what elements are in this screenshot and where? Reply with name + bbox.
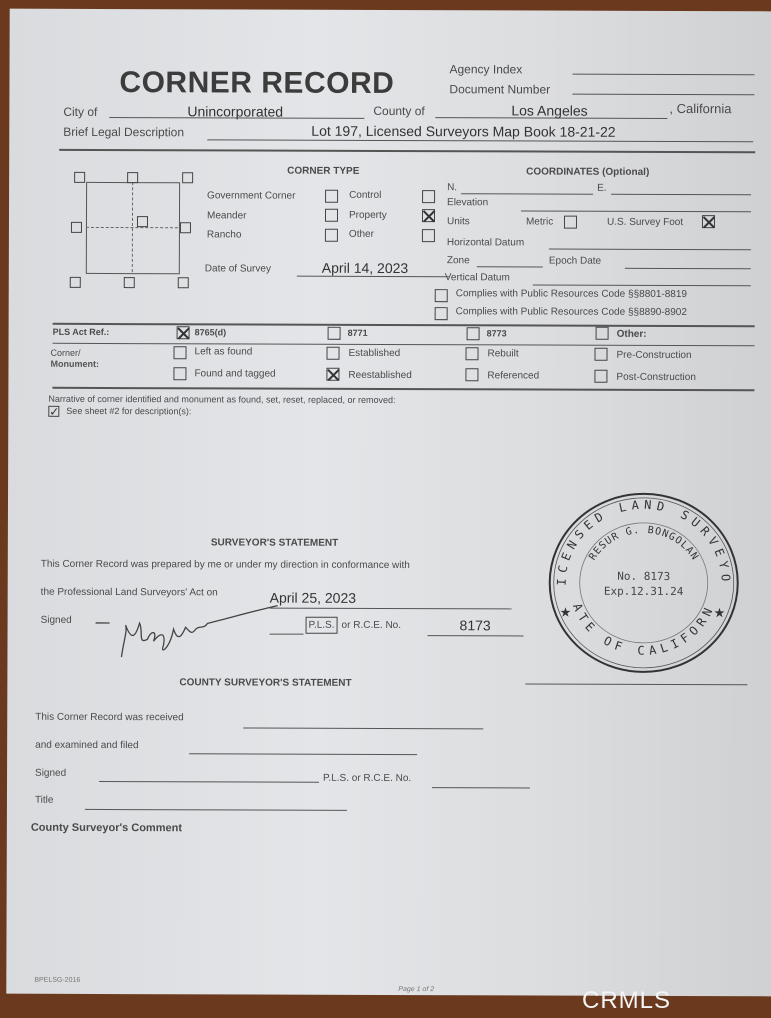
reestablished-checkbox[interactable] (326, 368, 339, 381)
agency-index-field[interactable] (572, 74, 754, 76)
pls-8773-label: 8773 (487, 328, 507, 338)
legal-description-value: Lot 197, Licensed Surveyors Map Book 18-… (311, 123, 615, 140)
county-license-field[interactable] (432, 787, 530, 788)
established-label: Established (349, 348, 401, 359)
vertical-datum-label: Vertical Datum (445, 272, 510, 283)
rebuilt-label: Rebuilt (488, 348, 519, 359)
reestablished-label: Reestablished (348, 370, 411, 381)
county-value: Los Angeles (511, 102, 587, 118)
licensed-surveyor-seal: LICENSED LAND SURVEYOR STATE OF CALIFORN… (545, 489, 742, 678)
filed-label: and examined and filed (35, 740, 138, 751)
see-sheet-checkbox[interactable]: ✓ (48, 406, 59, 417)
horizontal-datum-label: Horizontal Datum (447, 237, 524, 248)
pls-8765d-label: 8765(d) (195, 327, 227, 337)
corner-s-checkbox[interactable] (124, 277, 135, 288)
corner-type-heading: CORNER TYPE (287, 166, 359, 177)
pls-act-label: PLS Act Ref.: (53, 327, 110, 337)
control-checkbox[interactable] (422, 190, 435, 203)
date-of-survey-label: Date of Survey (205, 263, 271, 274)
surveyor-statement-line2: the Professional Land Surveyors' Act on (41, 587, 218, 599)
pls-other-label: Other: (617, 329, 647, 340)
statement-date-field[interactable] (270, 608, 512, 610)
county-comment-heading: County Surveyor's Comment (31, 822, 182, 835)
divider (53, 343, 755, 346)
city-label: City of (63, 105, 97, 119)
corner-type-meander-label: Meander (207, 210, 247, 221)
referenced-checkbox[interactable] (465, 368, 478, 381)
pls-other-checkbox[interactable] (596, 327, 609, 340)
title-field[interactable] (85, 809, 347, 811)
found-and-tagged-label: Found and tagged (194, 368, 275, 379)
crmls-watermark: CRMLS (582, 987, 671, 1015)
county-label: County of (373, 104, 424, 118)
established-checkbox[interactable] (326, 347, 339, 360)
epoch-date-label: Epoch Date (549, 256, 601, 267)
vertical-datum-field[interactable] (533, 284, 751, 286)
e-label: E. (597, 183, 606, 194)
pls-8771-label: 8771 (348, 328, 368, 338)
complies-8801-label: Complies with Public Resources Code §§88… (456, 288, 687, 300)
survey-foot-label: U.S. Survey Foot (607, 217, 683, 228)
left-as-found-label: Left as found (195, 346, 253, 357)
rce-label: or R.C.E. No. (342, 620, 402, 631)
complies-8801-checkbox[interactable] (435, 289, 448, 302)
corner-ne-checkbox[interactable] (182, 172, 193, 183)
svg-text:RESUR G. BONGOLAN: RESUR G. BONGOLAN (587, 525, 700, 563)
other-checkbox[interactable] (422, 229, 435, 242)
county-signed-label: Signed (35, 768, 66, 779)
corner-type-control-label: Control (349, 190, 381, 201)
county-pls-rce-label: P.L.S. or R.C.E. No. (323, 773, 411, 784)
corner-n-checkbox[interactable] (127, 172, 138, 183)
pls-8765d-checkbox[interactable] (177, 326, 190, 339)
divider (53, 323, 755, 327)
property-checkbox[interactable] (422, 209, 435, 222)
svg-text:★: ★ (560, 605, 572, 620)
complies-8890-label: Complies with Public Resources Code §§88… (456, 306, 687, 318)
city-value: Unincorporated (187, 103, 283, 119)
pls-8773-checkbox[interactable] (467, 327, 480, 340)
pls-prefix-line (270, 634, 304, 635)
section-diagram (71, 165, 201, 293)
document-number-label: Document Number (449, 82, 550, 96)
corner-w-checkbox[interactable] (71, 222, 82, 233)
elevation-label: Elevation (447, 197, 488, 208)
page-number: Page 1 of 2 (398, 986, 434, 993)
pls-8771-checkbox[interactable] (328, 327, 341, 340)
signed-label: Signed (41, 615, 72, 626)
complies-8890-checkbox[interactable] (435, 307, 448, 320)
corner-type-property-label: Property (349, 210, 387, 221)
survey-foot-checkbox[interactable] (702, 215, 715, 228)
rancho-checkbox[interactable] (325, 229, 338, 242)
pre-construction-checkbox[interactable] (594, 348, 607, 361)
horizontal-datum-field[interactable] (549, 249, 751, 251)
agency-index-label: Agency Index (449, 62, 522, 76)
svg-text:Exp.12.31.24: Exp.12.31.24 (604, 585, 684, 598)
statement-date-value: April 25, 2023 (270, 590, 356, 606)
corner-sw-checkbox[interactable] (70, 277, 81, 288)
government-corner-checkbox[interactable] (325, 190, 338, 203)
coordinates-heading: COORDINATES (Optional) (526, 166, 649, 177)
elevation-field[interactable] (521, 210, 751, 212)
corner-se-checkbox[interactable] (178, 277, 189, 288)
county-signature-field[interactable] (99, 781, 319, 783)
see-sheet-label: See sheet #2 for description(s): (66, 406, 191, 416)
corner-type-other-label: Other (349, 229, 374, 240)
pls-boxed-label: P.L.S. (306, 617, 338, 634)
left-as-found-checkbox[interactable] (173, 346, 186, 359)
document-number-field[interactable] (572, 94, 754, 96)
corner-record-page: CORNER RECORD Agency Index Document Numb… (6, 9, 771, 997)
received-date-field[interactable] (243, 727, 483, 729)
date-of-survey-value: April 14, 2023 (322, 260, 408, 276)
pre-construction-label: Pre-Construction (616, 350, 691, 361)
page-title: CORNER RECORD (119, 66, 394, 101)
zone-label: Zone (447, 255, 470, 266)
n-coordinate-field[interactable] (461, 193, 593, 194)
units-label: Units (447, 216, 470, 227)
surveyor-signature (91, 601, 281, 664)
metric-label: Metric (526, 216, 553, 227)
legal-description-field[interactable] (207, 139, 753, 142)
referenced-label: Referenced (487, 370, 539, 381)
metric-checkbox[interactable] (564, 216, 577, 229)
received-label: This Corner Record was received (35, 712, 183, 724)
rebuilt-checkbox[interactable] (465, 347, 478, 360)
e-coordinate-field[interactable] (611, 194, 751, 195)
svg-text:★: ★ (714, 605, 726, 620)
surveyor-statement-line1: This Corner Record was prepared by me or… (41, 559, 410, 571)
zone-field[interactable] (477, 266, 543, 267)
monument-label-line1: Corner/ (51, 348, 81, 358)
corner-type-rancho-label: Rancho (207, 229, 242, 240)
divider (52, 387, 754, 391)
surveyor-statement-heading: SURVEYOR'S STATEMENT (211, 537, 338, 548)
county-statement-heading: COUNTY SURVEYOR'S STATEMENT (179, 677, 351, 689)
meander-checkbox[interactable] (325, 209, 338, 222)
divider (59, 149, 755, 153)
narrative-label: Narrative of corner identified and monum… (48, 394, 395, 405)
corner-e-checkbox[interactable] (180, 222, 191, 233)
corner-center-checkbox[interactable] (137, 216, 148, 227)
svg-text:No. 8173: No. 8173 (617, 570, 670, 583)
license-number-field[interactable] (428, 635, 524, 636)
state-suffix: , California (669, 101, 731, 116)
form-code: BPELSG-2016 (34, 977, 80, 984)
n-label: N. (447, 182, 457, 193)
legal-description-label: Brief Legal Description (63, 125, 184, 139)
post-construction-checkbox[interactable] (594, 370, 607, 383)
corner-type-government-label: Government Corner (207, 190, 295, 201)
post-construction-label: Post-Construction (616, 372, 696, 383)
monument-label-line2: Monument: (50, 359, 99, 369)
corner-nw-checkbox[interactable] (74, 172, 85, 183)
license-number-value: 8173 (460, 617, 491, 633)
title-label: Title (35, 795, 54, 806)
filed-date-field[interactable] (189, 753, 417, 755)
epoch-date-field[interactable] (625, 268, 751, 269)
found-and-tagged-checkbox[interactable] (173, 367, 186, 380)
county-statement-line (525, 683, 747, 685)
